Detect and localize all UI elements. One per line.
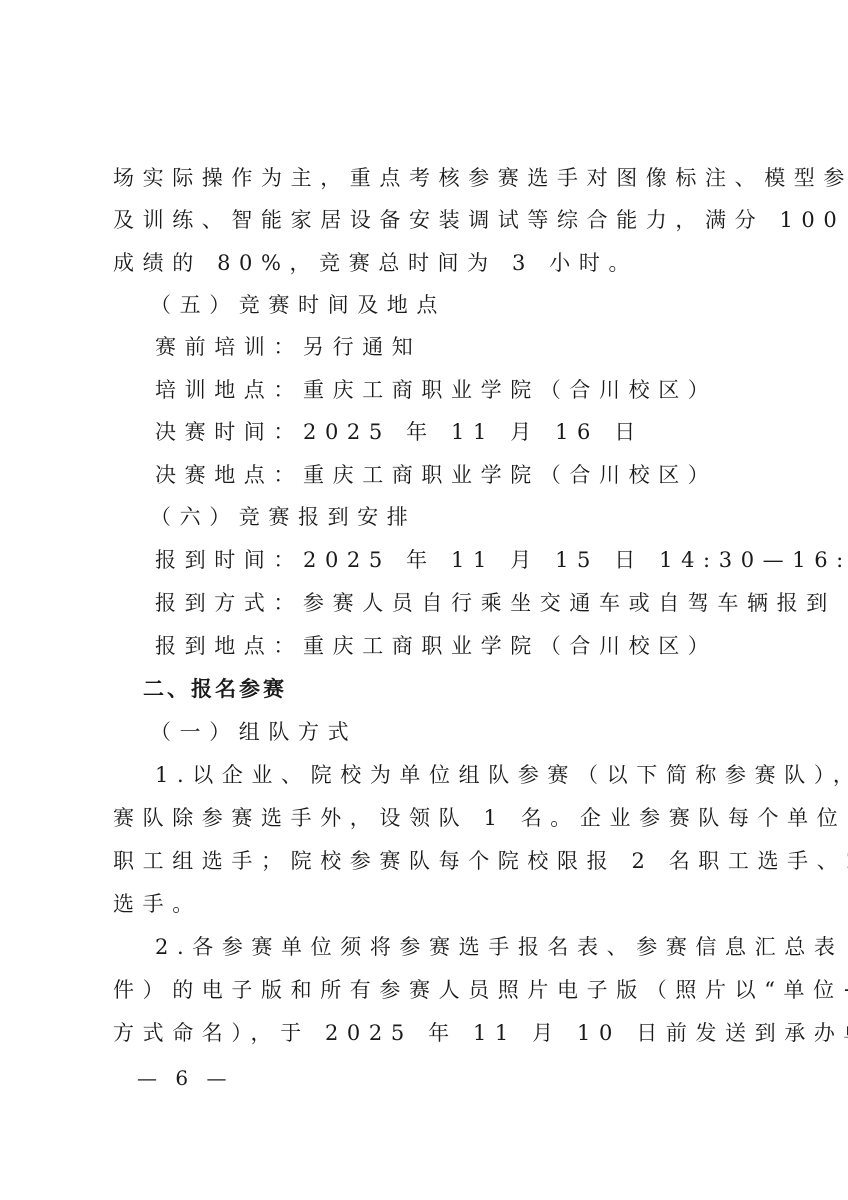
paragraph-2-line: 方式命名），于 2025 年 11 月 10 日前发送到承办单位电子邮箱 <box>113 1012 753 1055</box>
paragraph-1-line: 1.以企业、院校为单位组队参赛（以下简称参赛队），各参 <box>155 754 795 797</box>
body-text-line: 场实际操作为主，重点考核参赛选手对图像标注、模型参数配置 <box>113 157 753 200</box>
detail-training-location: 培训地点：重庆工商职业学院（合川校区） <box>155 369 795 412</box>
paragraph-1-line: 赛队除参赛选手外，设领队 1 名。企业参赛队每个单位限报 2 名 <box>113 797 753 840</box>
detail-checkin-method: 报到方式：参赛人员自行乘坐交通车或自驾车辆报到 <box>155 582 795 625</box>
part-heading-registration: 二、报名参赛 <box>143 668 783 711</box>
page-number: — 6 — <box>137 1066 232 1090</box>
detail-final-time: 决赛时间：2025 年 11 月 16 日 <box>155 411 795 454</box>
paragraph-1-line: 选手。 <box>113 883 753 926</box>
body-text-line: 及训练、智能家居设备安装调试等综合能力，满分 100 分，占总 <box>113 199 753 242</box>
detail-checkin-location: 报到地点：重庆工商职业学院（合川校区） <box>155 625 795 668</box>
detail-pre-training: 赛前培训：另行通知 <box>155 326 795 369</box>
section-heading-5: （五）竞赛时间及地点 <box>150 284 790 327</box>
paragraph-1-line: 职工组选手；院校参赛队每个院校限报 2 名职工选手、2 名学生 <box>113 840 753 883</box>
document-page: 场实际操作为主，重点考核参赛选手对图像标注、模型参数配置 及训练、智能家居设备安… <box>0 0 848 1200</box>
subsection-heading-team: （一）组队方式 <box>150 711 790 754</box>
detail-checkin-time: 报到时间：2025 年 11 月 15 日 14:30—16:30 <box>155 539 795 582</box>
detail-final-location: 决赛地点：重庆工商职业学院（合川校区） <box>155 454 795 497</box>
body-text-line: 成绩的 80%，竞赛总时间为 3 小时。 <box>113 242 753 285</box>
paragraph-2-line: 2.各参赛单位须将参赛选手报名表、参赛信息汇总表（见附 <box>155 926 795 969</box>
paragraph-2-line: 件）的电子版和所有参赛人员照片电子版（照片以“单位+姓名” <box>113 969 753 1012</box>
section-heading-6: （六）竞赛报到安排 <box>150 496 790 539</box>
